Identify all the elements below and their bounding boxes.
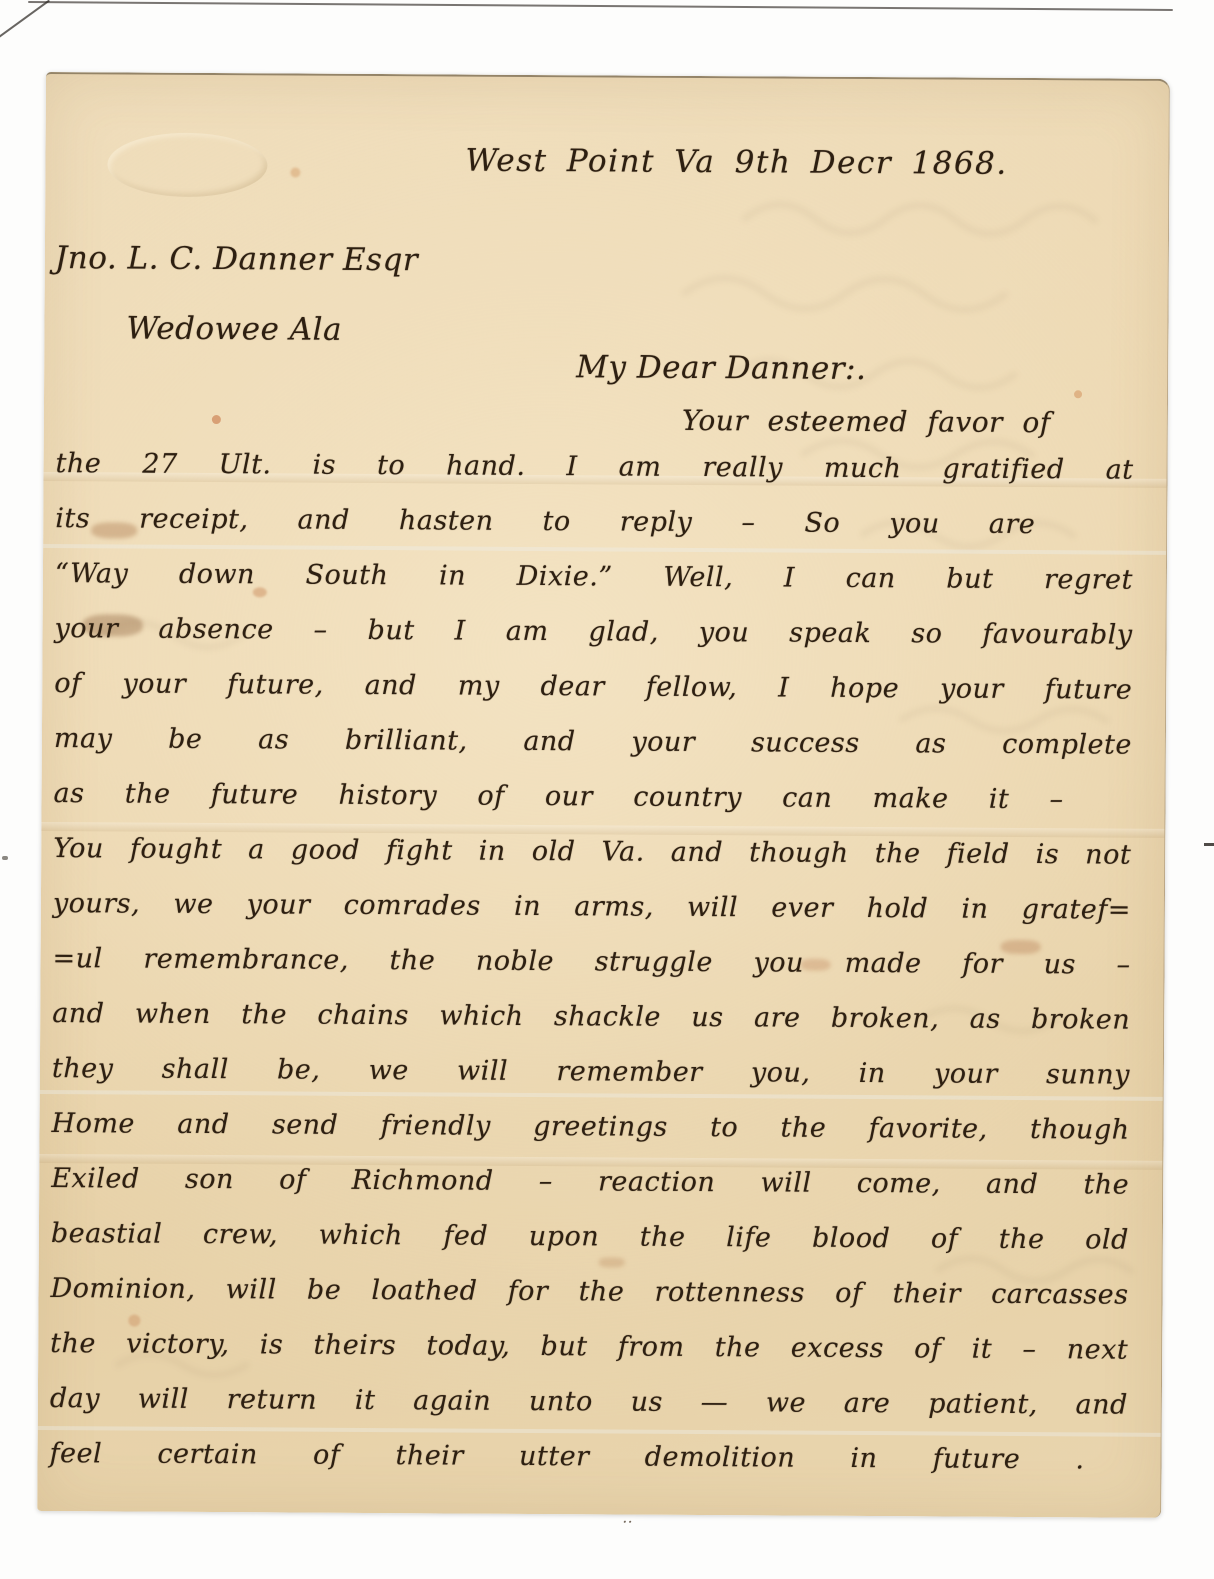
body-line: as the future history of our country can… (54, 780, 1064, 813)
scan-left-tick (2, 856, 8, 860)
body-line: “Way down South in Dixie.” Well, I can b… (55, 560, 1133, 594)
scan-background: { "scan": { "background_color": "#fdfdfc… (0, 0, 1214, 1579)
foxing-spot (212, 415, 221, 424)
foxing-spot (128, 1315, 140, 1327)
scan-streak (38, 1426, 1161, 1437)
recipient-place: Wedowee Ala (126, 310, 342, 347)
body-line: its receipt, and hasten to reply – So yo… (55, 505, 1035, 538)
body-line: the victory, is theirs today, but from t… (50, 1330, 1128, 1364)
foxing-spot (1074, 390, 1082, 398)
scan-right-tick (1204, 843, 1214, 846)
body-line: yours, we your comrades in arms, will ev… (53, 890, 1131, 924)
scan-edge-line (28, 1, 1173, 11)
body-line: Exiled son of Richmond – reaction will c… (51, 1165, 1129, 1199)
body-line: You fought a good fight in old Va. and t… (53, 835, 1131, 869)
body-line: Home and send friendly greetings to the … (51, 1110, 1129, 1144)
body-line: feel certain of their utter demolition i… (49, 1440, 1084, 1473)
body-line: they shall be, we will remember you, in … (52, 1055, 1130, 1089)
body-line: day will return it again unto us — we ar… (50, 1385, 1128, 1419)
body-line: Dominion, will be loathed for the rotten… (50, 1275, 1128, 1309)
embossed-seal (107, 132, 267, 197)
bottom-ink-mark: ‥ (622, 1508, 648, 1512)
foxing-spot (290, 167, 300, 177)
salutation: My Dear Danner:. (576, 349, 866, 387)
letter-paper: West Point Va 9th Decr 1868. Jno. L. C. … (37, 72, 1170, 1518)
body-line: beastial crew, which fed upon the life b… (51, 1220, 1129, 1254)
foxing-spot (599, 1257, 625, 1267)
body-line: may be as brilliant, and your success as… (54, 725, 1132, 759)
body-line: and when the chains which shackle us are… (52, 1000, 1130, 1034)
scan-streak (43, 544, 1166, 555)
body-line: your absence – but I am glad, you speak … (55, 615, 1133, 649)
body-line: =ul remembrance, the noble struggle you … (53, 945, 1131, 979)
recipient-name: Jno. L. C. Danner Esqr (55, 240, 419, 278)
opening-line: Your esteemed favor of (682, 404, 1051, 439)
body-line: the 27 Ult. is to hand. I am really much… (56, 450, 1134, 484)
scan-streak (40, 1090, 1163, 1101)
body-line: of your future, and my dear fellow, I ho… (54, 670, 1132, 704)
scan-corner-artifact (0, 0, 50, 42)
dateline: West Point Va 9th Decr 1868. (465, 143, 1007, 182)
